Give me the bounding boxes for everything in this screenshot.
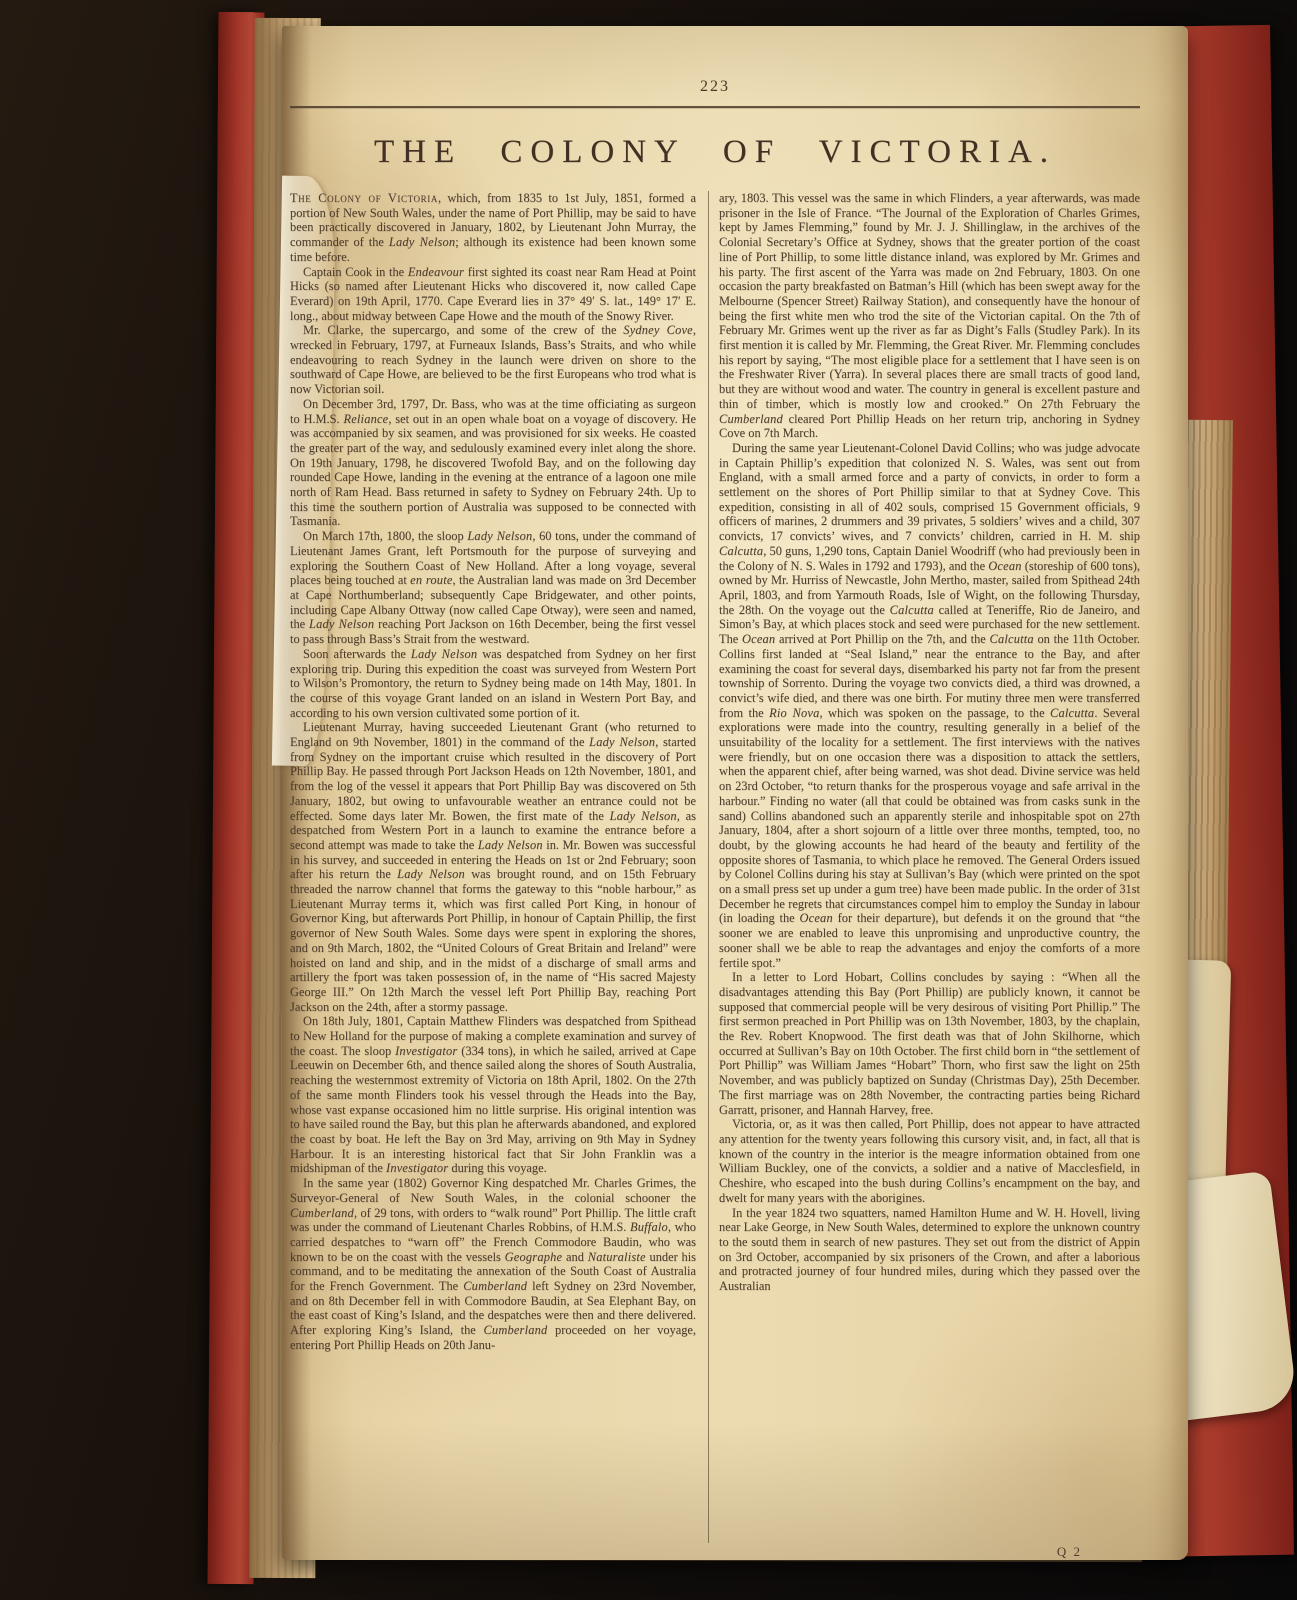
paragraph: On 18th July, 1801, Captain Matthew Flin… (290, 1014, 696, 1176)
header-rule (290, 106, 1140, 108)
text-columns: The Colony of Victoria, which, from 1835… (290, 191, 1140, 1543)
paragraph: During the same year Lieutenant-Colonel … (719, 441, 1140, 970)
paragraph: Mr. Clarke, the supercargo, and some of … (290, 323, 696, 397)
paragraph: On December 3rd, 1797, Dr. Bass, who was… (290, 397, 696, 529)
book-page: 223 THE COLONY OF VICTORIA. The Colony o… (282, 26, 1188, 1560)
book-photo: 223 THE COLONY OF VICTORIA. The Colony o… (0, 0, 1297, 1600)
paragraph: In the year 1824 two squatters, named Ha… (719, 1206, 1140, 1294)
paragraph: Captain Cook in the Endeavour first sigh… (290, 265, 696, 324)
paragraph: Soon afterwards the Lady Nelson was desp… (290, 647, 696, 721)
right-column: ary, 1803. This vessel was the same in w… (719, 191, 1140, 1543)
column-divider-rule (708, 191, 709, 1543)
paragraph: The Colony of Victoria, which, from 1835… (290, 191, 696, 265)
paragraph: Lieutenant Murray, having succeeded Lieu… (290, 720, 696, 1014)
left-column: The Colony of Victoria, which, from 1835… (290, 191, 696, 1543)
page-number: 223 (290, 26, 1140, 96)
page-title: THE COLONY OF VICTORIA. (290, 134, 1140, 171)
paragraph: On March 17th, 1800, the sloop Lady Nels… (290, 529, 696, 647)
paragraph: In a letter to Lord Hobart, Collins conc… (719, 970, 1140, 1117)
signature-mark: Q 2 (290, 1544, 1140, 1560)
page-content: 223 THE COLONY OF VICTORIA. The Colony o… (282, 26, 1188, 1560)
paragraph: ary, 1803. This vessel was the same in w… (719, 191, 1140, 441)
paragraph: Victoria, or, as it was then called, Por… (719, 1117, 1140, 1205)
paragraph: In the same year (1802) Governor King de… (290, 1176, 696, 1352)
